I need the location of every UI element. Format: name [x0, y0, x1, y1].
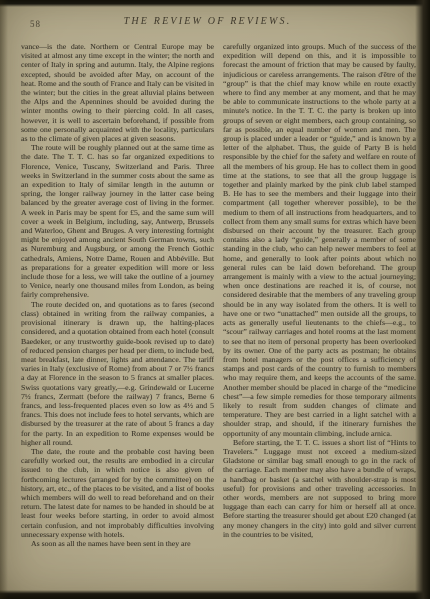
running-head: 58 THE REVIEW OF REVIEWS. — [0, 16, 415, 30]
paragraph: The date, the route and the probable cos… — [21, 447, 214, 539]
paragraph: carefully organized into groups. Much of… — [223, 42, 416, 438]
text-columns: vance—is the date. Northern or Central E… — [21, 42, 416, 580]
scan-edge-right — [415, 0, 430, 599]
scan-edge-bottom — [0, 590, 430, 599]
journal-title: THE REVIEW OF REVIEWS. — [0, 16, 415, 27]
paragraph: The route decided on, and quotations as … — [21, 300, 214, 447]
paragraph: vance—is the date. Northern or Central E… — [21, 42, 214, 143]
scan-edge-left — [0, 0, 8, 599]
page-number: 58 — [30, 19, 41, 29]
right-column: carefully organized into groups. Much of… — [223, 42, 416, 580]
scanned-page: 58 THE REVIEW OF REVIEWS. vance—is the d… — [0, 0, 430, 599]
scan-edge-top — [0, 0, 430, 7]
paragraph: As soon as all the names have been sent … — [21, 539, 214, 548]
left-column: vance—is the date. Northern or Central E… — [21, 42, 214, 580]
paragraph: The route will be roughly planned out at… — [21, 143, 214, 299]
paragraph: Before starting, the T. T. C. issues a s… — [223, 438, 416, 539]
